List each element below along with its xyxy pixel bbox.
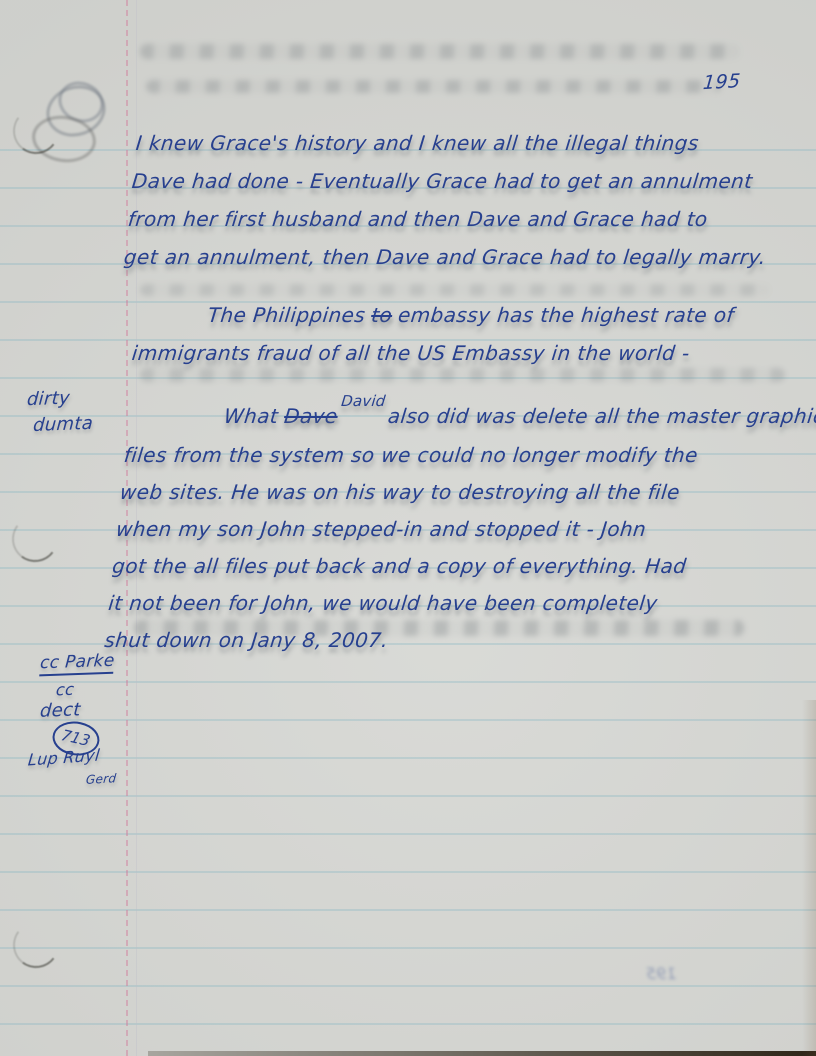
text-segment: also did was delete all the master graph… <box>387 404 816 428</box>
ink-scribble-doodle <box>24 82 120 168</box>
scan-right-edge <box>802 700 816 1056</box>
handwritten-line: immigrants fraud of all the US Embassy i… <box>130 334 732 372</box>
handwritten-line: get an annulment, then Dave and Grace ha… <box>122 238 768 276</box>
bleed-through-smudge <box>146 80 721 93</box>
handwritten-line: Dave had done - Eventually Grace had to … <box>130 162 776 200</box>
handwritten-line: web sites. He was on his way to destroyi… <box>118 474 816 511</box>
handwritten-line: I knew Grace's history and I knew all th… <box>134 124 780 162</box>
margin-note-scribble: Gerd <box>85 771 117 787</box>
scanned-notebook-page: 195 I knew Grace's history and I knew al… <box>0 0 816 1056</box>
margin-note-word: dect <box>39 699 81 721</box>
handwritten-line: from her first husband and then Dave and… <box>126 200 772 238</box>
struck-out-word: to <box>370 303 393 327</box>
margin-note-top: dirty dumta <box>24 385 96 440</box>
handwritten-line: when my son John stepped-in and stopped … <box>114 511 814 548</box>
punch-hole-middle <box>9 513 61 565</box>
punch-hole-bottom <box>10 919 62 971</box>
handwritten-line: WhatDaveDavidalso did was delete all the… <box>126 398 816 437</box>
handwritten-line: The Philippinestoembassy has the highest… <box>134 296 736 334</box>
margin-note-line: dirty <box>26 385 96 413</box>
margin-note-cc2: cc <box>55 680 75 700</box>
margin-note-line: dumta <box>32 411 94 439</box>
text-segment: What <box>223 404 280 428</box>
margin-note-cc-line: cc Parke <box>39 651 115 677</box>
bleed-through-smudge <box>140 284 770 296</box>
handwritten-line: got the all files put back and a copy of… <box>110 548 810 585</box>
ghost-page-number: 195 <box>646 964 677 983</box>
bleed-through-smudge <box>140 44 740 59</box>
handwritten-line: it not been for John, we would have been… <box>106 585 806 622</box>
inserted-word-above-line: David <box>340 392 386 410</box>
page-number: 195 <box>702 70 741 94</box>
paragraph-2: The Philippinestoembassy has the highest… <box>130 296 736 372</box>
scan-bottom-edge <box>148 1051 816 1056</box>
paragraph-1: I knew Grace's history and I knew all th… <box>122 124 780 276</box>
paragraph-3: WhatDaveDavidalso did was delete all the… <box>103 398 816 659</box>
margin-note-scribble: Lup Ruyl <box>27 745 101 769</box>
text-segment: embassy has the highest rate of <box>397 303 735 327</box>
text-segment: The Philippines <box>207 303 367 327</box>
struck-out-word: Dave <box>283 404 339 428</box>
handwritten-line: files from the system so we could no lon… <box>122 437 816 474</box>
handwritten-line: shut down on Jany 8, 2007. <box>103 622 803 659</box>
